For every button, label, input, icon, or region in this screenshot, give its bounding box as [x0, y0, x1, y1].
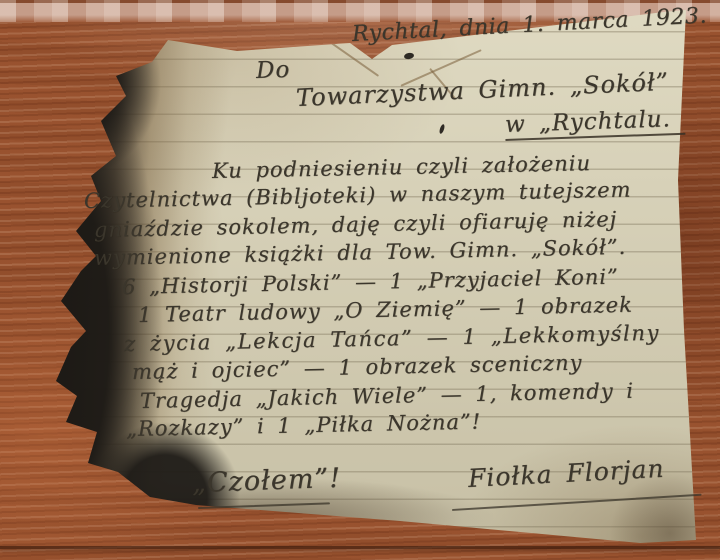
addressee-salutation: Do	[256, 57, 291, 84]
wood-plank-groove	[0, 546, 720, 549]
closing-salute: „Czołem”!	[191, 463, 341, 499]
photo-of-letter: Rychtal, dnia 1. marca 1923. Do Towarzys…	[0, 0, 720, 560]
